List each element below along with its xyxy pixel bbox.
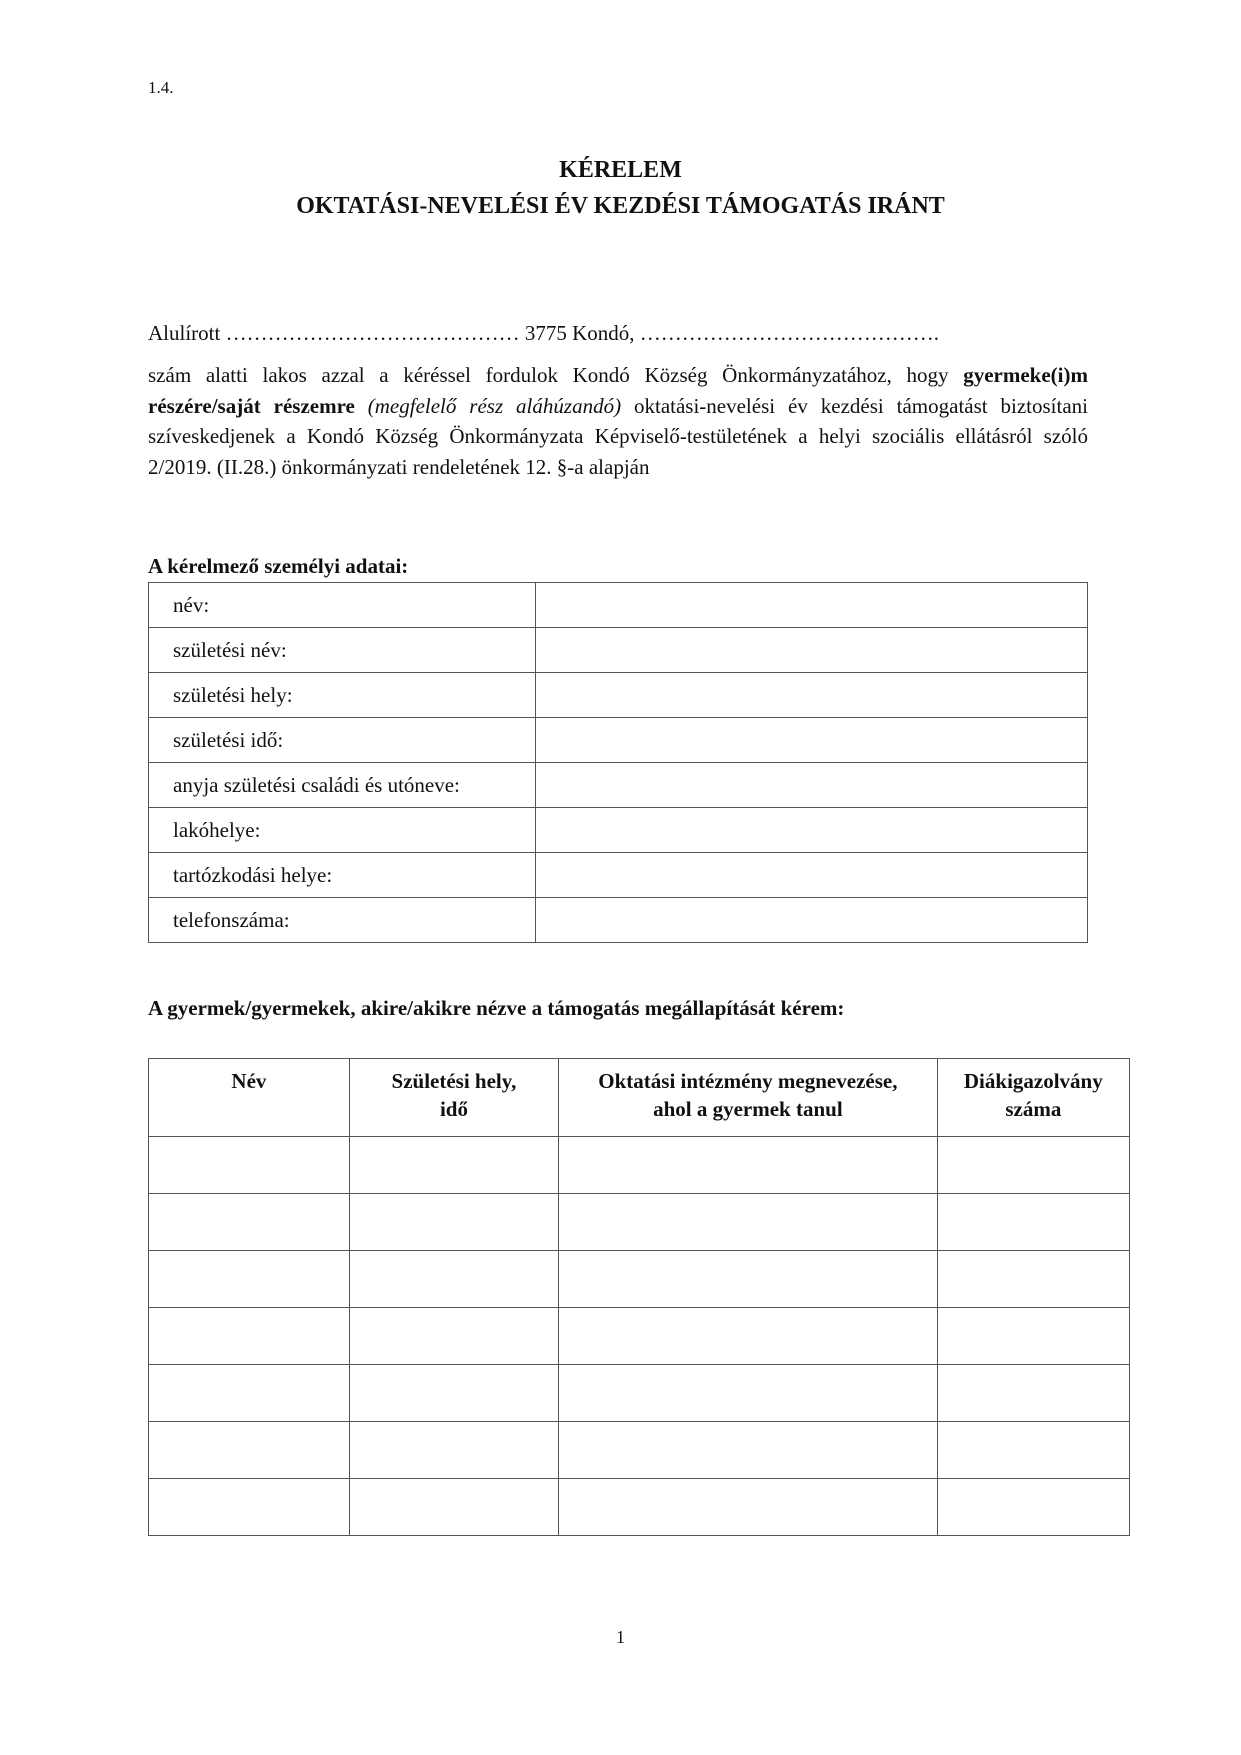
child-cell[interactable] (349, 1308, 558, 1365)
child-cell[interactable] (937, 1479, 1129, 1536)
child-cell[interactable] (349, 1365, 558, 1422)
applicant-field-label: tartózkodási helye: (149, 853, 536, 898)
request-text: szám alatti lakos azzal a kéréssel fordu… (148, 360, 1088, 482)
document-title: KÉRELEM OKTATÁSI-NEVELÉSI ÉV KEZDÉSI TÁM… (0, 152, 1241, 224)
applicant-field-label: anyja születési családi és utóneve: (149, 763, 536, 808)
underline-note: (megfelelő rész aláhúzandó) (368, 394, 621, 418)
applicant-field-value[interactable] (536, 583, 1088, 628)
applicant-field-label: születési hely: (149, 673, 536, 718)
applicant-section-heading: A kérelmező személyi adatai: (148, 554, 408, 579)
address-prefix: 3775 Kondó, (525, 321, 635, 345)
applicant-field-value[interactable] (536, 808, 1088, 853)
child-cell[interactable] (149, 1479, 350, 1536)
column-header-line-2: száma (939, 1095, 1128, 1123)
child-cell[interactable] (149, 1137, 350, 1194)
child-cell[interactable] (937, 1365, 1129, 1422)
child-cell[interactable] (559, 1251, 938, 1308)
column-header-line-2: ahol a gyermek tanul (560, 1095, 936, 1123)
child-cell[interactable] (559, 1194, 938, 1251)
children-table: NévSzületési hely,időOktatási intézmény … (148, 1058, 1130, 1536)
applicant-row: lakóhelye: (149, 808, 1088, 853)
column-header-line-1: Diákigazolvány (939, 1067, 1128, 1095)
applicant-field-value[interactable] (536, 718, 1088, 763)
column-header: Diákigazolványszáma (937, 1059, 1129, 1137)
child-row (149, 1479, 1130, 1536)
applicant-field-value[interactable] (536, 628, 1088, 673)
applicant-row: anyja születési családi és utóneve: (149, 763, 1088, 808)
child-cell[interactable] (937, 1308, 1129, 1365)
section-number: 1.4. (148, 78, 174, 98)
child-cell[interactable] (349, 1194, 558, 1251)
applicant-row: telefonszáma: (149, 898, 1088, 943)
applicant-field-value[interactable] (536, 763, 1088, 808)
child-cell[interactable] (559, 1422, 938, 1479)
title-line-2: OKTATÁSI-NEVELÉSI ÉV KEZDÉSI TÁMOGATÁS I… (0, 188, 1241, 224)
alulirott-label: Alulírott (148, 321, 220, 345)
address-blank[interactable]: ……………………………………. (640, 321, 939, 345)
applicant-field-value[interactable] (536, 853, 1088, 898)
child-cell[interactable] (349, 1422, 558, 1479)
applicant-field-label: születési idő: (149, 718, 536, 763)
applicant-row: születési idő: (149, 718, 1088, 763)
column-header-line-1: Oktatási intézmény megnevezése, (560, 1067, 936, 1095)
column-header: Születési hely,idő (349, 1059, 558, 1137)
applicant-line: Alulírott …………………………………… 3775 Kondó, ………… (148, 318, 1088, 348)
applicant-row: születési név: (149, 628, 1088, 673)
name-blank[interactable]: …………………………………… (226, 321, 520, 345)
child-row (149, 1251, 1130, 1308)
column-header-line-1: Név (150, 1067, 348, 1095)
child-row (149, 1422, 1130, 1479)
applicant-field-label: lakóhelye: (149, 808, 536, 853)
child-cell[interactable] (937, 1137, 1129, 1194)
child-cell[interactable] (559, 1479, 938, 1536)
column-header: Név (149, 1059, 350, 1137)
child-cell[interactable] (937, 1194, 1129, 1251)
child-cell[interactable] (149, 1422, 350, 1479)
children-table-header: NévSzületési hely,időOktatási intézmény … (149, 1059, 1130, 1137)
child-cell[interactable] (349, 1479, 558, 1536)
applicant-field-label: születési név: (149, 628, 536, 673)
child-cell[interactable] (559, 1365, 938, 1422)
applicant-row: tartózkodási helye: (149, 853, 1088, 898)
applicant-row: születési hely: (149, 673, 1088, 718)
applicant-field-value[interactable] (536, 898, 1088, 943)
title-line-1: KÉRELEM (0, 152, 1241, 188)
applicant-row: név: (149, 583, 1088, 628)
page-number: 1 (0, 1627, 1241, 1648)
child-cell[interactable] (349, 1251, 558, 1308)
column-header: Oktatási intézmény megnevezése,ahol a gy… (559, 1059, 938, 1137)
child-row (149, 1365, 1130, 1422)
child-row (149, 1137, 1130, 1194)
request-text-start: szám alatti lakos azzal a kéréssel fordu… (148, 363, 949, 387)
intro-paragraph: Alulírott …………………………………… 3775 Kondó, ………… (148, 318, 1088, 482)
child-cell[interactable] (349, 1137, 558, 1194)
child-cell[interactable] (149, 1251, 350, 1308)
applicant-field-label: név: (149, 583, 536, 628)
applicant-field-value[interactable] (536, 673, 1088, 718)
child-cell[interactable] (559, 1137, 938, 1194)
child-cell[interactable] (559, 1308, 938, 1365)
children-section-heading: A gyermek/gyermekek, akire/akikre nézve … (148, 996, 844, 1021)
child-row (149, 1308, 1130, 1365)
child-cell[interactable] (149, 1365, 350, 1422)
child-row (149, 1194, 1130, 1251)
child-cell[interactable] (149, 1308, 350, 1365)
column-header-line-2: idő (351, 1095, 557, 1123)
child-cell[interactable] (937, 1422, 1129, 1479)
applicant-field-label: telefonszáma: (149, 898, 536, 943)
child-cell[interactable] (937, 1251, 1129, 1308)
child-cell[interactable] (149, 1194, 350, 1251)
column-header-line-1: Születési hely, (351, 1067, 557, 1095)
applicant-data-table: név:születési név:születési hely:születé… (148, 582, 1088, 943)
